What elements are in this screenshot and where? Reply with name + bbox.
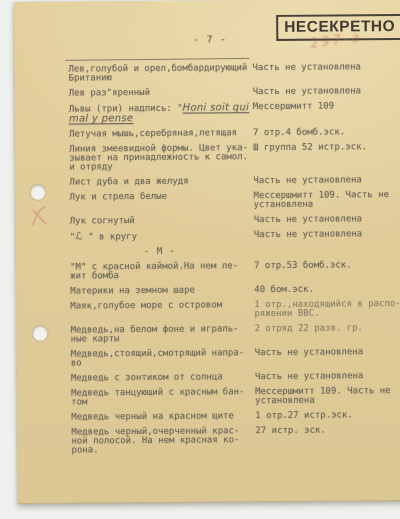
- table-row: Лев,голубой и орел,бомбардирующийБритани…: [69, 63, 400, 84]
- symbol-description-cell: Линия змеевидной формы. Цвет ука-зывает …: [69, 144, 253, 173]
- table-row: Летучая мышь,серебряная,летящая 7 отр.4 …: [69, 128, 400, 140]
- symbol-description-cell: Материки на земном шаре: [70, 286, 254, 297]
- unit-cell: 7 отр.53 бомб.эск.: [254, 261, 400, 281]
- table-row: Лук и стрела белые Мессершмитт 109. Част…: [70, 191, 400, 212]
- unit-cell: Часть не установлена: [255, 372, 400, 382]
- page-number: - 7 -: [193, 34, 227, 45]
- table-row: "ℒ " в кругу Часть не установлена: [70, 230, 400, 243]
- unit-cell: Мессершмитт 109. Часть неустановлена: [255, 387, 400, 407]
- unit-cell: 27 истр. эск.: [255, 426, 400, 455]
- unit-cell: Часть не установлена: [253, 87, 400, 97]
- table-row: Лев раз"яренный Часть не установлена: [69, 87, 400, 99]
- table-row: Лук согнутый Часть не установлена: [70, 215, 400, 227]
- unit-cell: Часть не установлена: [254, 230, 400, 241]
- symbol-description-cell: Лев,голубой и орел,бомбардирующийБритани…: [69, 64, 253, 84]
- symbol-description-cell: Медведь,на белом фоне и играль-ные карты: [71, 325, 255, 345]
- symbol-description-cell: Летучая мышь,серебряная,летящая: [69, 129, 253, 140]
- table-row: Материки на земном шаре 40 бом.эск.: [70, 285, 400, 297]
- table-row: Медведь черный,очерченный крас-ной полос…: [71, 426, 400, 457]
- unit-cell: Мессершмитт 109. Часть неустановлена: [254, 191, 400, 211]
- unit-cell: 1 отр.27 истр.эск.: [255, 411, 400, 421]
- symbol-description-cell: Медведь,стоящий,смотрящий напра-во: [71, 349, 255, 369]
- symbol-description-cell: Лук и стрела белые: [70, 192, 254, 212]
- unit-cell: 7 отр.4 бомб.эск.: [253, 128, 400, 138]
- margin-pencil-mark: [30, 204, 50, 228]
- unit-cell: Часть не установлена: [253, 176, 400, 186]
- table-row: Лист дуба и два желудя Часть не установл…: [69, 176, 400, 188]
- symbol-description-cell: Медведь черный,очерченный крас-ной полос…: [71, 427, 255, 456]
- table-row: Медведь,стоящий,смотрящий напра-во Часть…: [71, 348, 400, 369]
- symbol-description-cell: Лист дуба и два желудя: [69, 177, 253, 188]
- unit-cell: Часть не установлена: [252, 63, 400, 83]
- symbol-description-cell: "М" с красной каймой.На нем ле-жит бомба: [70, 262, 254, 282]
- unit-cell: Часть не установлена: [254, 215, 400, 225]
- symbol-description-cell: Лук согнутый: [70, 216, 254, 227]
- unit-cell: 40 бом.эск.: [254, 285, 400, 295]
- document-page: - 7 - НЕСЕКРЕТНО 297-а Лев,голубой и оре…: [14, 0, 400, 504]
- table-row: Маяк,голубое море с островом 1 отр.,нахо…: [70, 300, 400, 321]
- table-row: Медведь с зонтиком от солнца Часть не ус…: [71, 372, 400, 384]
- symbol-description-cell: Медведь с зонтиком от солнца: [71, 373, 255, 384]
- unit-cell: Ш группа 52 истр.эск.: [253, 143, 400, 172]
- symbol-description-cell: Медведь черный на красном щите: [71, 412, 255, 423]
- table-row: Медведь,на белом фоне и играль-ные карты…: [71, 324, 400, 345]
- punch-hole: [33, 326, 48, 341]
- header-divider: [65, 58, 249, 61]
- section-header: - М -: [144, 246, 400, 257]
- table-row: Медведь черный на красном щите 1 отр.27 …: [71, 411, 400, 423]
- unit-cell: 2 отряд 22 разв. гр.: [255, 324, 400, 344]
- unit-cell: Мессершмитт 109: [253, 102, 400, 124]
- unit-cell: 1 отр.,находящийся в распо-ряжении ВВС.: [254, 300, 400, 320]
- table-row: "М" с красной каймой.На нем ле-жит бомба…: [70, 261, 400, 282]
- symbol-description-cell: "ℒ " в кругу: [70, 231, 254, 243]
- punch-hole: [30, 185, 45, 200]
- symbol-description-cell: Маяк,голубое море с островом: [70, 301, 254, 321]
- symbol-description-cell: Лев раз"яренный: [69, 88, 253, 99]
- unit-cell: Часть не установлена: [255, 348, 400, 368]
- symbol-description-cell: Львы (три) надпись: "Honi soit quimal y …: [69, 103, 253, 125]
- symbol-description-cell: Медведь танцующий с красным бан-том: [71, 388, 255, 408]
- table-row: Львы (три) надпись: "Honi soit quimal y …: [69, 102, 400, 125]
- symbol-table: Лев,голубой и орел,бомбардирующийБритани…: [69, 63, 400, 462]
- table-row: Медведь танцующий с красным бан-том Месс…: [71, 387, 400, 408]
- table-row: Линия змеевидной формы. Цвет ука-зывает …: [69, 143, 400, 174]
